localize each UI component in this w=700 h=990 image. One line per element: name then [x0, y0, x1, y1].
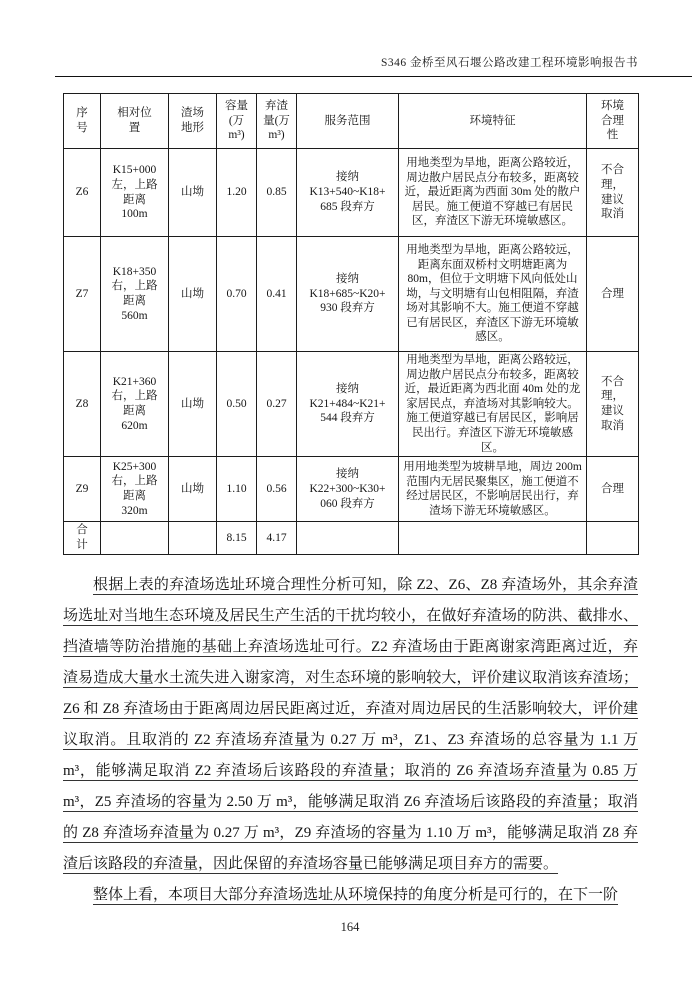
col-header-capacity: 容量 (万 m³): [217, 94, 257, 149]
cell-id: Z9: [64, 457, 101, 522]
document-page: S346 金桥至风石堰公路改建工程环境影响报告书 序 号 相对位 置 渣场 地形…: [0, 0, 700, 990]
cell-capacity: 1.10: [217, 457, 257, 522]
cell-position: K25+300 右，上路 距离 320m: [101, 457, 169, 522]
cell-service: 接纳 K22+300~K30+ 060 段弃方: [297, 457, 399, 522]
cell-rationality: 合理: [587, 237, 639, 352]
col-header-index: 序 号: [64, 94, 101, 149]
table-row-total: 合 计 8.15 4.17: [64, 522, 639, 555]
table-row-z9: Z9 K25+300 右，上路 距离 320m 山坳 1.10 0.56 接纳 …: [64, 457, 639, 522]
cell-capacity: 1.20: [217, 149, 257, 237]
cell-rationality: 不合 理， 建议 取消: [587, 149, 639, 237]
cell-empty: [297, 522, 399, 555]
running-header: S346 金桥至风石堰公路改建工程环境影响报告书: [63, 54, 638, 70]
cell-rationality: 不合 理， 建议 取消: [587, 352, 639, 457]
cell-features: 用地类型为旱地，距离公路较远，周边散户居民点分布较多，距离较近，最近距离为西北面…: [399, 352, 587, 457]
header-rule: [55, 76, 692, 77]
cell-position: K21+360 右，上路 距离 620m: [101, 352, 169, 457]
table-row-z7: Z7 K18+350 右，上路 距离 560m 山坳 0.70 0.41 接纳 …: [64, 237, 639, 352]
cell-waste: 0.56: [257, 457, 297, 522]
cell-id: Z8: [64, 352, 101, 457]
table-row-z8: Z8 K21+360 右，上路 距离 620m 山坳 0.50 0.27 接纳 …: [64, 352, 639, 457]
cell-waste: 0.85: [257, 149, 297, 237]
col-header-waste: 弃渣 量(万 m³): [257, 94, 297, 149]
cell-service: 接纳 K21+484~K21+ 544 段弃方: [297, 352, 399, 457]
col-header-rationality: 环境 合理 性: [587, 94, 639, 149]
dump-site-table: 序 号 相对位 置 渣场 地形 容量 (万 m³) 弃渣 量(万 m³) 服务范…: [63, 93, 639, 555]
cell-waste: 0.27: [257, 352, 297, 457]
cell-total-label: 合 计: [64, 522, 101, 555]
cell-id: Z7: [64, 237, 101, 352]
cell-features: 用地类型为旱地，距离公路较近，周边散户居民点分布较多，距离较近，最近距离为西面 …: [399, 149, 587, 237]
col-header-service: 服务范围: [297, 94, 399, 149]
cell-empty: [169, 522, 217, 555]
cell-waste: 0.41: [257, 237, 297, 352]
cell-position: K15+000 左，上路 距离 100m: [101, 149, 169, 237]
cell-service: 接纳 K13+540~K18+ 685 段弃方: [297, 149, 399, 237]
cell-empty: [101, 522, 169, 555]
cell-terrain: 山坳: [169, 352, 217, 457]
cell-empty: [399, 522, 587, 555]
cell-terrain: 山坳: [169, 149, 217, 237]
report-title: S346 金桥至风石堰公路改建工程环境影响报告书: [381, 57, 638, 69]
col-header-position: 相对位 置: [101, 94, 169, 149]
cell-id: Z6: [64, 149, 101, 237]
cell-features: 用地类型为旱地，距离公路较远，距离东面双桥村文明塘距离为 80m，但位于文明塘下…: [399, 237, 587, 352]
cell-capacity: 0.50: [217, 352, 257, 457]
cell-terrain: 山坳: [169, 457, 217, 522]
cell-capacity: 0.70: [217, 237, 257, 352]
cell-total-waste: 4.17: [257, 522, 297, 555]
paragraph-conclusion: 整体上看，本项目大部分弃渣场选址从环境保持的角度分析是可行的，在下一阶: [63, 880, 638, 911]
cell-total-capacity: 8.15: [217, 522, 257, 555]
cell-position: K18+350 右，上路 距离 560m: [101, 237, 169, 352]
cell-service: 接纳 K18+685~K20+ 930 段弃方: [297, 237, 399, 352]
table-row-z6: Z6 K15+000 左，上路 距离 100m 山坳 1.20 0.85 接纳 …: [64, 149, 639, 237]
cell-empty: [587, 522, 639, 555]
table-header-row: 序 号 相对位 置 渣场 地形 容量 (万 m³) 弃渣 量(万 m³) 服务范…: [64, 94, 639, 149]
col-header-features: 环境特征: [399, 94, 587, 149]
paragraph-analysis: 根据上表的弃渣场选址环境合理性分析可知，除 Z2、Z6、Z8 弃渣场外，其余弃渣…: [63, 570, 638, 880]
page-number: 164: [0, 920, 700, 935]
cell-features: 用用地类型为坡耕旱地，周边 200m 范围内无居民聚集区，施工便道不经过居民区，…: [399, 457, 587, 522]
cell-rationality: 合理: [587, 457, 639, 522]
cell-terrain: 山坳: [169, 237, 217, 352]
body-text: 根据上表的弃渣场选址环境合理性分析可知，除 Z2、Z6、Z8 弃渣场外，其余弃渣…: [63, 570, 638, 911]
col-header-terrain: 渣场 地形: [169, 94, 217, 149]
